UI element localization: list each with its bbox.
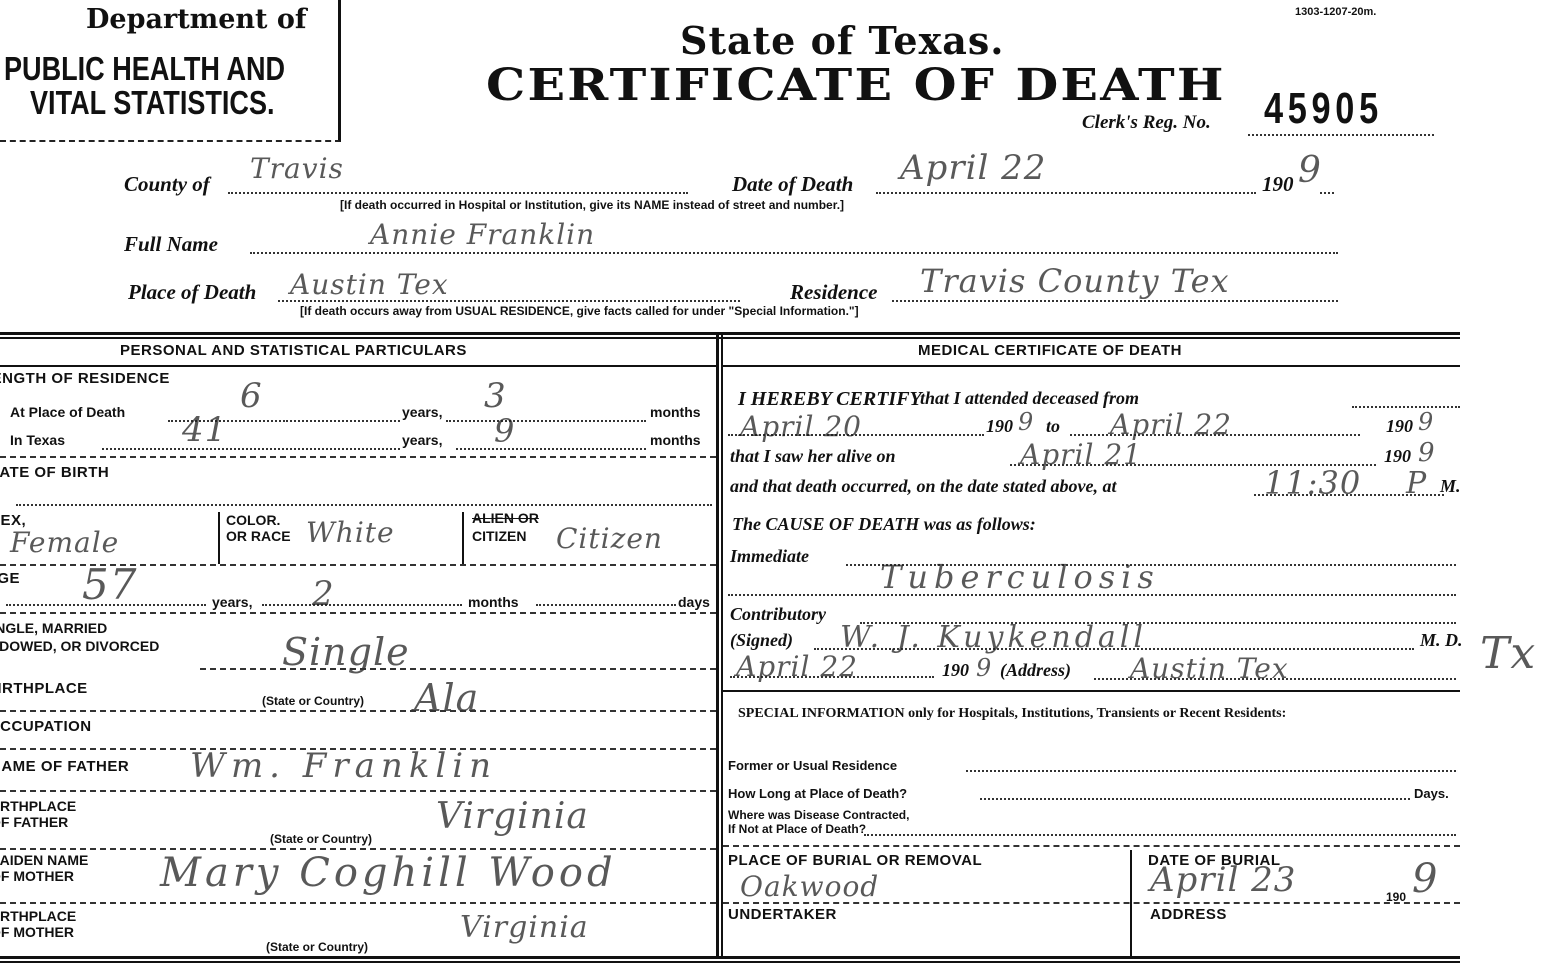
age-years-label: years,	[212, 594, 252, 610]
birthplace-value: Ala	[414, 676, 479, 720]
signed-label: (Signed)	[730, 630, 793, 651]
months-label: months	[650, 404, 701, 420]
certify-lead: I HEREBY CERTIFY	[738, 388, 922, 411]
form-number: 1303-1207-20m.	[1295, 6, 1376, 18]
immediate-label: Immediate	[730, 546, 809, 567]
personal-section-title: PERSONAL AND STATISTICAL PARTICULARS	[120, 342, 467, 359]
residence-divider	[0, 456, 716, 458]
alien-value: Citizen	[556, 522, 663, 555]
address2-label: ADDRESS	[1150, 906, 1227, 923]
special-info-title: SPECIAL INFORMATION only for Hospitals, …	[738, 706, 1458, 722]
father-birthplace-value: Virginia	[436, 796, 589, 837]
mother-birthplace-state-or-country: (State or Country)	[266, 940, 368, 954]
days-label: days	[678, 594, 710, 610]
birthplace-label: BIRTHPLACE	[0, 680, 88, 697]
how-long-line	[980, 798, 1410, 800]
residence-note: [If death occurs away from USUAL RESIDEN…	[300, 304, 859, 318]
sex-value: Female	[10, 526, 119, 559]
personal-title-rule	[0, 365, 716, 367]
date-of-death-line	[876, 192, 1256, 194]
father-name-value: Wm. Franklin	[190, 746, 497, 786]
department-label: Department of	[86, 4, 307, 35]
where-contracted-line	[864, 834, 1456, 836]
death-time-ampm: P	[1406, 466, 1427, 501]
md-label: M. D.	[1420, 630, 1463, 651]
date-of-death-label: Date of Death	[732, 172, 853, 197]
how-long-label: How Long at Place of Death?	[728, 786, 907, 801]
former-residence-label: Former or Usual Residence	[728, 758, 897, 773]
in-texas-years-line	[102, 448, 400, 450]
contributory-label: Contributory	[730, 604, 826, 625]
burial-place-value: Oakwood	[740, 870, 879, 903]
years-label-2: years,	[402, 432, 442, 448]
mother-birthplace-value: Virginia	[460, 910, 589, 945]
birthplace-state-or-country: (State or Country)	[262, 694, 364, 708]
in-texas-label: In Texas	[10, 432, 65, 448]
year-suffix-3: 9	[1418, 438, 1436, 468]
certify-from-line	[1352, 406, 1460, 408]
mother-maiden-divider	[0, 902, 716, 904]
mother-maiden-value: Mary Coghill Wood	[160, 850, 617, 896]
to-label: to	[1046, 416, 1060, 437]
in-texas-years: 41	[182, 410, 227, 450]
age-row-divider	[0, 612, 716, 614]
former-residence-line	[966, 770, 1456, 772]
mother-maiden-label-line2: OF MOTHER	[0, 868, 74, 884]
at-place-years: 6	[240, 376, 263, 416]
months-label-2: months	[650, 432, 701, 448]
age-days-line	[536, 604, 676, 606]
father-name-label: NAME OF FATHER	[0, 758, 129, 775]
years-label: years,	[402, 404, 442, 420]
date-of-birth-line	[16, 504, 712, 506]
mother-birthplace-label-line2: OF MOTHER	[0, 924, 74, 940]
father-birthplace-label-line1: BIRTHPLACE	[0, 798, 76, 814]
sign-date-value: April 22	[736, 650, 858, 683]
death-time-suffix: M.	[1440, 476, 1461, 497]
clerk-reg-label: Clerk's Reg. No.	[1082, 112, 1211, 134]
date-of-death-value: April 22	[900, 148, 1046, 188]
burial-place-label: PLACE OF BURIAL OR REMOVAL	[728, 852, 982, 869]
medical-title-rule	[723, 365, 1460, 367]
age-years: 57	[82, 560, 137, 609]
residence-value: Travis County Tex	[920, 262, 1230, 300]
top-rule	[0, 332, 1460, 335]
center-divider	[716, 335, 719, 957]
top-rule-inner	[0, 337, 1460, 339]
full-name-line	[250, 252, 1338, 254]
sign-year-suffix: 9	[976, 654, 992, 682]
age-months-line	[262, 604, 462, 606]
year-prefix-2: 190	[1386, 416, 1413, 437]
place-of-death-label: Place of Death	[128, 280, 256, 305]
address-value: Austin Tex	[1130, 652, 1289, 685]
father-birthplace-state-or-country: (State or Country)	[270, 832, 372, 846]
marital-label-line1: SINGLE, MARRIED	[0, 620, 107, 636]
death-year-suffix: 9	[1298, 150, 1322, 191]
at-place-months-line	[446, 420, 646, 422]
certificate-title: CERTIFICATE OF DEATH	[486, 60, 1226, 111]
where-contracted-label-line2: If Not at Place of Death?	[728, 822, 866, 836]
center-divider-inner	[721, 335, 723, 957]
year-prefix-1: 190	[986, 416, 1013, 437]
attended-from-value: April 20	[740, 410, 862, 443]
year-suffix-1: 9	[1018, 408, 1034, 436]
how-long-days-label: Days.	[1414, 786, 1449, 801]
saw-alive-label: that I saw her alive on	[730, 446, 896, 467]
age-months: 2	[312, 574, 335, 614]
birthplace-divider	[0, 710, 716, 712]
color-divider	[462, 512, 464, 564]
color-value: White	[306, 516, 395, 549]
immediate-line-2	[728, 594, 1456, 596]
death-year-prefix: 190	[1262, 172, 1294, 197]
at-place-months: 3	[484, 376, 507, 416]
address-label: (Address)	[1000, 660, 1071, 681]
department-name-line1: PUBLIC HEALTH AND	[4, 50, 285, 88]
clerk-reg-number: 45905	[1264, 84, 1383, 134]
mother-birthplace-label-line1: BIRTHPLACE	[0, 908, 76, 924]
full-name-label: Full Name	[124, 232, 218, 257]
year-prefix-3: 190	[1384, 446, 1411, 467]
county-label: County of	[124, 172, 210, 197]
signature-rule	[723, 690, 1460, 692]
place-of-death-value: Austin Tex	[290, 268, 449, 301]
county-line	[228, 192, 688, 194]
at-place-of-death-label: At Place of Death	[10, 404, 125, 420]
burial-year-suffix: 9	[1412, 856, 1438, 902]
county-value: Travis	[250, 152, 344, 185]
where-contracted-label-line1: Where was Disease Contracted,	[728, 808, 909, 822]
cause-label: The CAUSE OF DEATH was as follows:	[732, 514, 1036, 535]
alien-label-line1: ALIEN OR	[472, 510, 539, 526]
death-time-label: and that death occurred, on the date sta…	[730, 476, 1117, 497]
in-texas-months-line	[456, 448, 646, 450]
death-time-value: 11:30	[1264, 464, 1361, 502]
immediate-value: Tuberculosis	[880, 558, 1160, 596]
in-texas-months: 9	[494, 412, 515, 450]
death-year-line	[1320, 192, 1334, 194]
at-place-years-line-2	[290, 420, 400, 422]
burial-row-divider	[723, 902, 1460, 904]
department-name-line2: VITAL STATISTICS.	[30, 84, 275, 122]
color-label-line2: OR RACE	[226, 528, 291, 544]
marital-label-line2: WIDOWED, OR DIVORCED	[0, 638, 159, 654]
hospital-note: [If death occurred in Hospital or Instit…	[340, 198, 844, 212]
date-of-birth-label: DATE OF BIRTH	[0, 464, 109, 481]
sex-divider	[218, 512, 220, 564]
father-name-divider	[0, 790, 716, 792]
alien-label-line2: CITIZEN	[472, 528, 526, 544]
year-suffix-2: 9	[1418, 408, 1434, 436]
marital-line	[200, 668, 716, 670]
margin-note: Tx	[1480, 628, 1536, 679]
length-of-residence-label: LENGTH OF RESIDENCE	[0, 370, 170, 387]
attended-to-value: April 22	[1110, 408, 1232, 441]
residence-label: Residence	[790, 280, 877, 305]
clerk-reg-line	[1248, 134, 1434, 136]
burial-date-value: April 23	[1150, 860, 1296, 900]
certify-rest: that I attended deceased from	[920, 388, 1139, 409]
full-name-value: Annie Franklin	[370, 218, 595, 251]
signed-value: W. J. Kuykendall	[840, 620, 1147, 655]
age-months-label: months	[468, 594, 519, 610]
state-title: State of Texas.	[680, 18, 1005, 63]
bottom-rule	[0, 956, 1460, 959]
saw-alive-value: April 21	[1020, 438, 1142, 471]
undertaker-label: UNDERTAKER	[728, 906, 837, 923]
sign-year-prefix: 190	[942, 660, 969, 681]
bottom-rule-inner	[0, 961, 1460, 963]
father-birthplace-label-line2: OF FATHER	[0, 814, 68, 830]
age-label: AGE	[0, 570, 20, 587]
special-info-divider	[723, 845, 1460, 847]
residence-line	[892, 300, 1338, 302]
occupation-label: OCCUPATION	[0, 718, 92, 735]
medical-section-title: MEDICAL CERTIFICATE OF DEATH	[918, 342, 1182, 359]
color-label-line1: COLOR.	[226, 512, 280, 528]
mother-maiden-label-line1: MAIDEN NAME	[0, 852, 88, 868]
